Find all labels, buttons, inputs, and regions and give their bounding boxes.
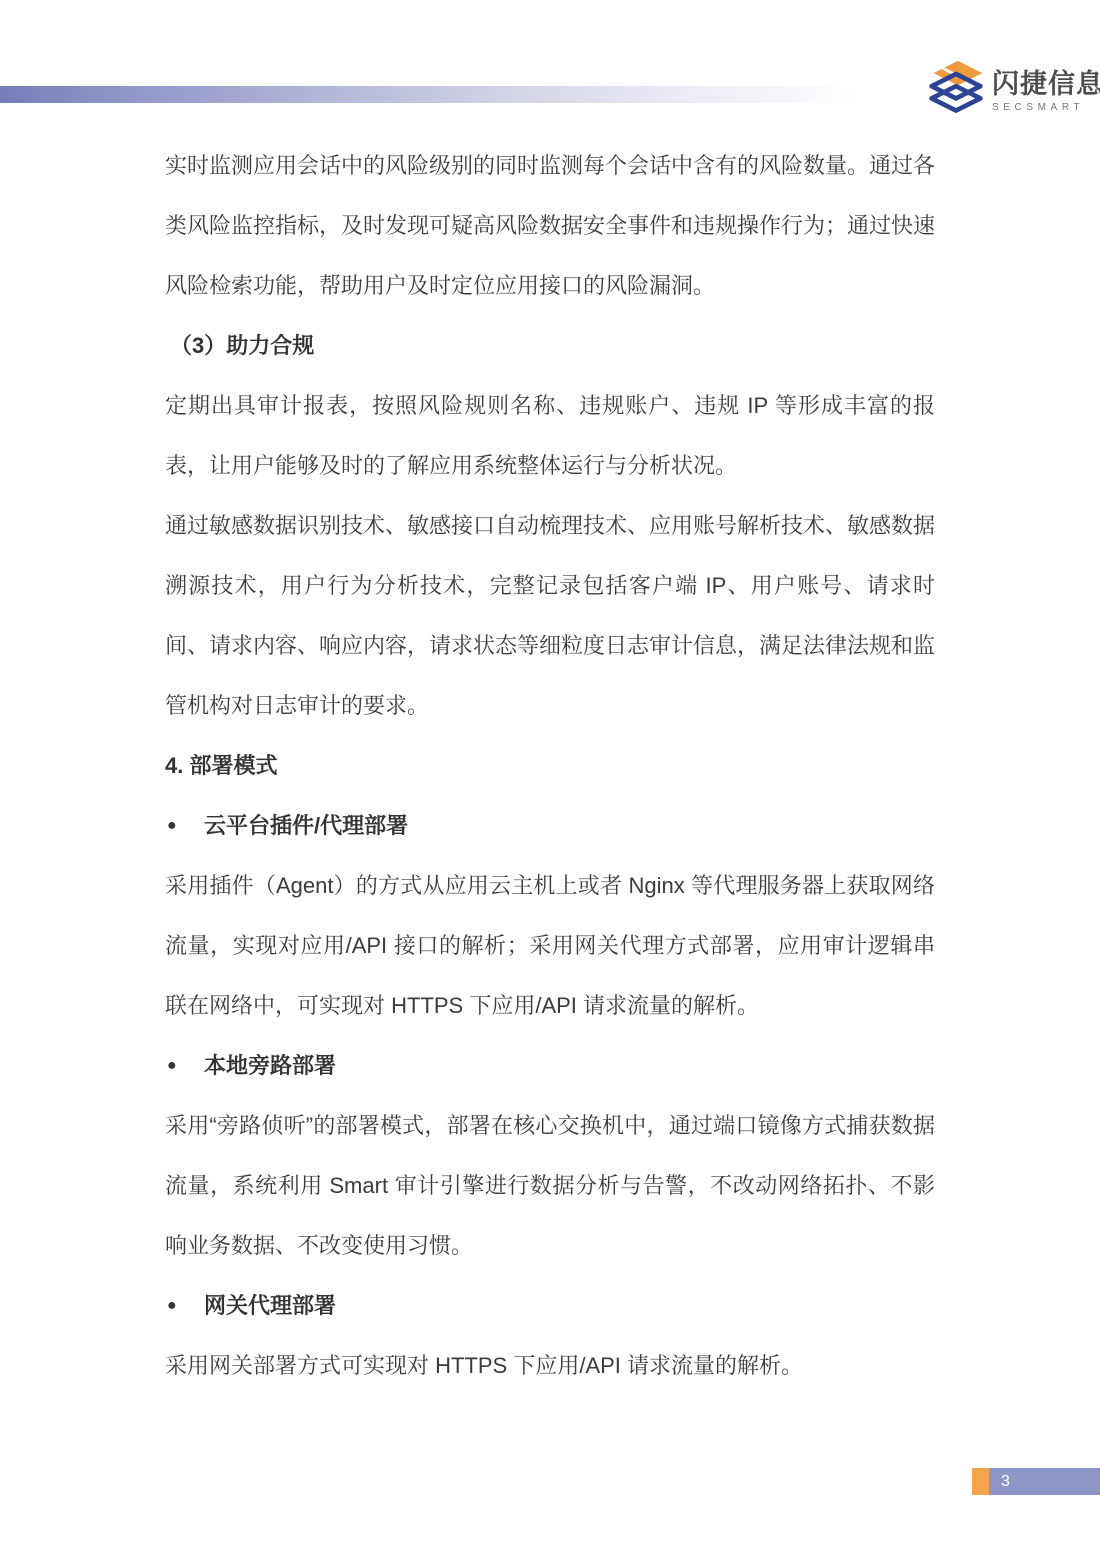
bullet-icon: ● — [165, 796, 204, 856]
bullet-title: 云平台插件/代理部署 — [204, 796, 408, 856]
bullet-icon: ● — [165, 1036, 204, 1096]
logo-text-block: 闪捷信息 SECSMART — [992, 69, 1100, 113]
bullet-title: 网关代理部署 — [204, 1276, 336, 1336]
heading-deployment-modes: 4. 部署模式 — [165, 736, 935, 796]
header-gradient-bar — [0, 86, 878, 103]
logo-subtitle: SECSMART — [992, 102, 1100, 113]
bullet-local-bypass-deployment: ● 本地旁路部署 — [165, 1036, 935, 1096]
heading-compliance: （3）助力合规 — [165, 316, 935, 376]
paragraph-audit-reports: 定期出具审计报表，按照风险规则名称、违规账户、违规 IP 等形成丰富的报表，让用… — [165, 376, 935, 496]
bullet-gateway-proxy-deployment: ● 网关代理部署 — [165, 1276, 935, 1336]
stacked-layers-icon — [926, 57, 986, 121]
paragraph-local-bypass-deployment: 采用“旁路侦听”的部署模式，部署在核心交换机中，通过端口镜像方式捕获数据流量，系… — [165, 1096, 935, 1276]
paragraph-log-audit: 通过敏感数据识别技术、敏感接口自动梳理技术、应用账号解析技术、敏感数据溯源技术，… — [165, 496, 935, 736]
page-number-bar: 3 — [989, 1468, 1100, 1495]
company-logo: 闪捷信息 SECSMART — [926, 57, 1100, 121]
document-page: 闪捷信息 SECSMART 实时监测应用会话中的风险级别的同时监测每个会话中含有… — [0, 0, 1100, 1555]
document-body: 实时监测应用会话中的风险级别的同时监测每个会话中含有的风险数量。通过各类风险监控… — [165, 136, 935, 1396]
logo-title: 闪捷信息 — [992, 69, 1100, 99]
paragraph-cloud-agent-deployment: 采用插件（Agent）的方式从应用云主机上或者 Nginx 等代理服务器上获取网… — [165, 856, 935, 1036]
bullet-title: 本地旁路部署 — [204, 1036, 336, 1096]
paragraph-risk-monitoring: 实时监测应用会话中的风险级别的同时监测每个会话中含有的风险数量。通过各类风险监控… — [165, 136, 935, 316]
paragraph-gateway-proxy-deployment: 采用网关部署方式可实现对 HTTPS 下应用/API 请求流量的解析。 — [165, 1336, 935, 1396]
footer-accent-block — [972, 1468, 989, 1495]
bullet-cloud-agent-deployment: ● 云平台插件/代理部署 — [165, 796, 935, 856]
bullet-icon: ● — [165, 1276, 204, 1336]
page-number: 3 — [1001, 1473, 1010, 1490]
